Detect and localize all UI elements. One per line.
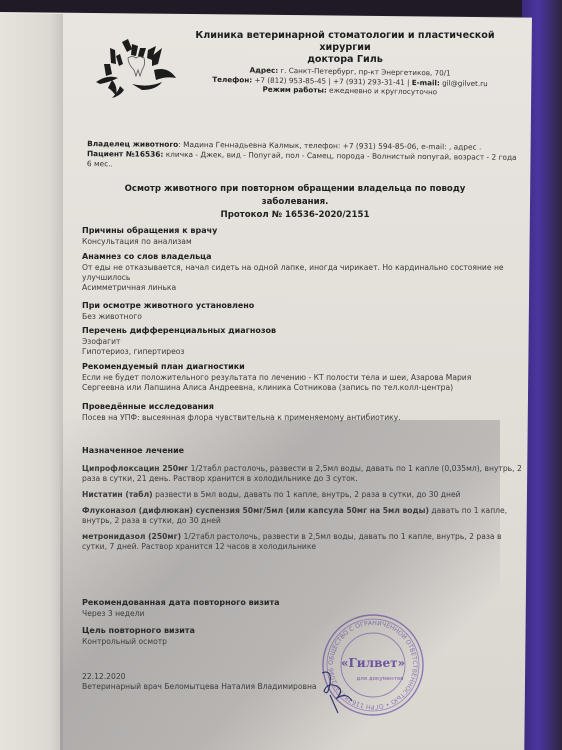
- section-text: Асимметричная линька: [82, 283, 512, 293]
- clinic-contacts: Адрес: г. Санкт-Петербург, пр-кт Энергет…: [190, 64, 510, 98]
- section-next-visit-goal: Цель повторного визита Контрольный осмот…: [82, 626, 542, 647]
- treatment-item: Нистатин (табл) развести в 5мл воды, дав…: [82, 490, 522, 500]
- owner-info: Владелец животного: Мадина Геннадьевна К…: [87, 139, 517, 173]
- doctor-name: Ветеринарный врач Беломытцева Наталия Вл…: [82, 682, 542, 692]
- treatment-item: Флуконазол (дифлюкан) суспензия 50мг/5мл…: [82, 506, 522, 526]
- section-text: Без животного: [82, 312, 542, 322]
- phone-label: Телефон:: [212, 74, 252, 84]
- section-heading: Проведённые исследования: [82, 402, 542, 412]
- section-text: Консультация по анализам: [82, 237, 542, 247]
- patient-label: Пациент №16536:: [87, 149, 163, 159]
- section-tests: Проведённые исследования Посев на УПФ: в…: [82, 402, 542, 423]
- lotus-tooth-icon: [92, 36, 182, 100]
- section-heading: Цель повторного визита: [82, 626, 542, 636]
- drug-name: Нистатин (табл): [82, 490, 153, 499]
- email-value: gil@gilvet.ru: [442, 78, 488, 88]
- drug-name: метронидазол (250мг): [82, 532, 181, 541]
- signature-block: 22.12.2020 Ветеринарный врач Беломытцева…: [82, 672, 542, 692]
- drug-name: Флуконазол (дифлюкан) суспензия 50мг/5мл…: [82, 506, 429, 515]
- section-text: Эзофагит: [82, 337, 542, 347]
- treatment-item: метронидазол (250мг) 1/2табл растолочь, …: [82, 532, 522, 552]
- drug-name: Ципрофлоксацин 250мг: [82, 464, 188, 473]
- section-heading: Анамнез со слов владельца: [82, 252, 512, 262]
- section-heading: При осмотре животного установлено: [82, 301, 542, 311]
- section-treatment: Назначенное лечение Ципрофлоксацин 250мг…: [82, 446, 522, 552]
- svg-text:для документов: для документов: [356, 676, 403, 682]
- email-label: E-mail:: [412, 77, 440, 86]
- section-heading: Назначенное лечение: [82, 446, 522, 456]
- section-text: От еды не отказывается, начал сидеть на …: [82, 263, 512, 283]
- document: Клиника ветеринарной стоматологии и плас…: [0, 0, 562, 750]
- section-text: Посев на УПФ: высеянная флора чувствител…: [82, 413, 542, 423]
- section-reason: Причины обращения к врачу Консультация п…: [82, 226, 542, 247]
- section-heading: Рекомендуемый план диагностики: [82, 362, 502, 372]
- protocol-number: Протокол № 16536-2020/2151: [95, 209, 495, 222]
- hours-label: Режим работы:: [263, 85, 327, 95]
- section-heading: Причины обращения к врачу: [82, 226, 542, 236]
- document-date: 22.12.2020: [82, 672, 542, 682]
- owner-label: Владелец животного: [87, 139, 178, 149]
- clinic-title: Клиника ветеринарной стоматологии и плас…: [180, 30, 510, 66]
- section-diagnostic-plan: Рекомендуемый план диагностики Если не б…: [82, 362, 502, 393]
- treatment-item: Ципрофлоксацин 250мг 1/2табл растолочь, …: [82, 464, 522, 484]
- protocol-title: Осмотр животного при повторном обращении…: [95, 183, 495, 209]
- section-heading: Перечень дифференциальных диагнозов: [82, 326, 542, 336]
- clinic-name-line1: Клиника ветеринарной стоматологии и плас…: [180, 30, 510, 54]
- section-anamnesis: Анамнез со слов владельца От еды не отка…: [82, 252, 512, 293]
- signature-icon: [318, 665, 358, 715]
- address-label: Адрес:: [250, 65, 279, 74]
- section-diagnoses: Перечень дифференциальных диагнозов Эзоф…: [82, 326, 542, 357]
- section-heading: Рекомендованная дата повторного визита: [82, 598, 542, 608]
- section-text: Если не будет положительного результата …: [82, 373, 502, 393]
- drug-instructions: развести в 5мл воды, давать по 1 капле, …: [153, 490, 461, 499]
- section-examination: При осмотре животного установлено Без жи…: [82, 301, 542, 322]
- hours-value: ежедневно и круглосуточно: [329, 86, 437, 97]
- protocol-heading: Осмотр животного при повторном обращении…: [95, 183, 495, 222]
- section-next-visit-date: Рекомендованная дата повторного визита Ч…: [82, 598, 542, 619]
- section-text: Через 3 недели: [82, 609, 542, 619]
- section-text: Гипотериоз, гипертиреоз: [82, 347, 542, 357]
- section-text: Контрольный осмотр: [82, 637, 542, 647]
